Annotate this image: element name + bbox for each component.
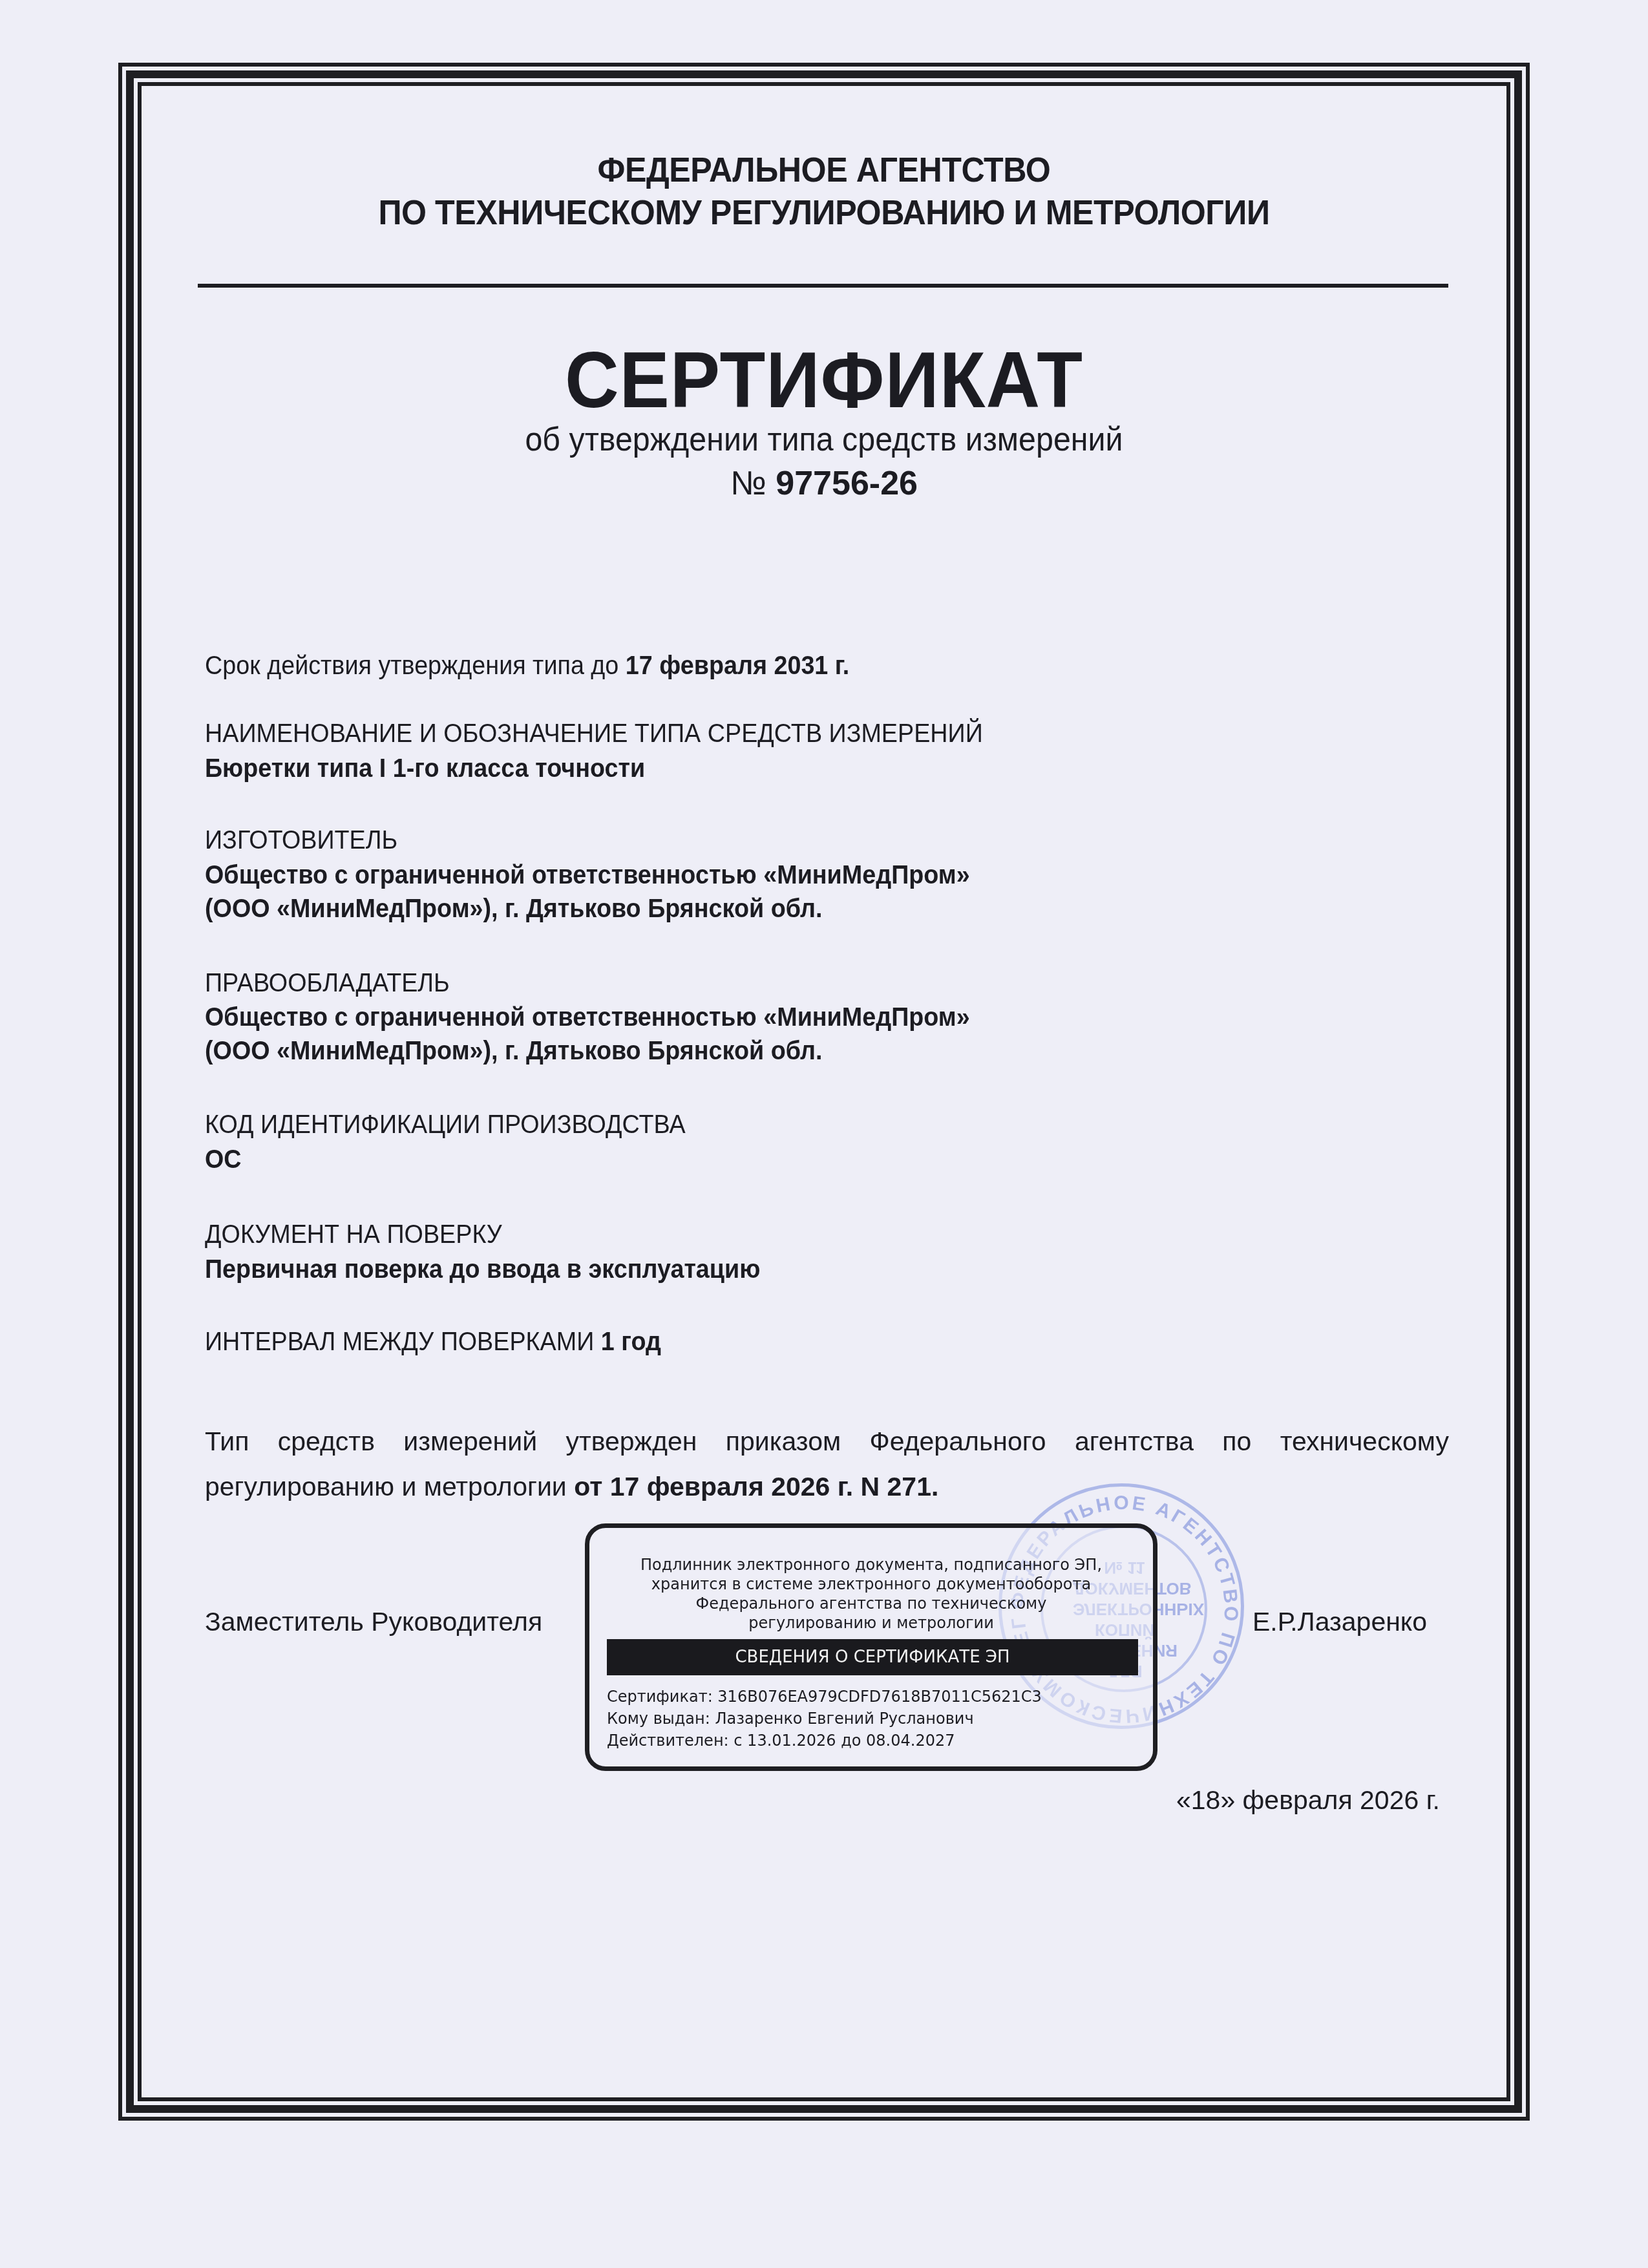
certificate-title: СЕРТИФИКАТ — [41, 335, 1607, 425]
approval-order: от 17 февраля 2026 г. N 271. — [574, 1472, 938, 1501]
manufacturer-line2: (ООО «МиниМедПром»), г. Дятьково Брянско… — [205, 893, 822, 924]
es-details: Сертификат: 316B076EA979CDFD7618B7011C56… — [607, 1686, 1042, 1752]
approval-line1: Тип средств измерений утвержден приказом… — [205, 1419, 1449, 1464]
signature-date: «18» февраля 2026 г. — [1176, 1785, 1440, 1816]
rights-holder-line2: (ООО «МиниМедПром»), г. Дятьково Брянско… — [205, 1035, 822, 1066]
es-validity: Действителен: с 13.01.2026 до 08.04.2027 — [607, 1730, 1042, 1752]
type-name-value: Бюретки типа I 1-го класса точности — [205, 753, 645, 783]
verification-doc-label: ДОКУМЕНТ НА ПОВЕРКУ — [205, 1219, 502, 1249]
validity-label: Срок действия утверждения типа до — [205, 650, 618, 680]
interval-line: ИНТЕРВАЛ МЕЖДУ ПОВЕРКАМИ 1 год — [205, 1326, 661, 1357]
manufacturer-label: ИЗГОТОВИТЕЛЬ — [205, 825, 397, 855]
es-notice: Подлинник электронного документа, подпис… — [589, 1555, 1153, 1633]
es-notice-line1: Подлинник электронного документа, подпис… — [589, 1555, 1153, 1574]
approval-paragraph: Тип средств измерений утвержден приказом… — [205, 1419, 1449, 1509]
es-notice-line2: хранится в системе электронного документ… — [589, 1574, 1153, 1594]
validity-date: 17 февраля 2031 г. — [626, 650, 849, 680]
production-code-value: ОС — [205, 1144, 242, 1174]
es-certificate-serial: Сертификат: 316B076EA979CDFD7618B7011C56… — [607, 1686, 1042, 1708]
es-certificate-info-bar: СВЕДЕНИЯ О СЕРТИФИКАТЕ ЭП — [607, 1639, 1138, 1675]
interval-value: 1 год — [601, 1326, 661, 1356]
es-notice-line3: Федерального агентства по техническому — [589, 1594, 1153, 1613]
signatory-role: Заместитель Руководителя — [205, 1607, 542, 1637]
production-code-label: КОД ИДЕНТИФИКАЦИИ ПРОИЗВОДСТВА — [205, 1109, 686, 1139]
number-sign: № — [730, 465, 766, 502]
signatory-name: Е.Р.Лазаренко — [1252, 1607, 1427, 1637]
es-issued-to: Кому выдан: Лазаренко Евгений Русланович — [607, 1708, 1042, 1730]
agency-name-line2: ПО ТЕХНИЧЕСКОМУ РЕГУЛИРОВАНИЮ И МЕТРОЛОГ… — [58, 193, 1590, 233]
electronic-signature-box: Подлинник электронного документа, подпис… — [585, 1523, 1157, 1771]
manufacturer-line1: Общество с ограниченной ответственностью… — [205, 860, 970, 890]
certificate-subtitle: об утверждении типа средств измерений — [58, 420, 1590, 459]
certificate-number: № 97756-26 — [0, 464, 1648, 503]
header-divider — [198, 284, 1448, 288]
approval-line2-regular: регулированию и метрологии — [205, 1472, 567, 1501]
agency-name-line1: ФЕДЕРАЛЬНОЕ АГЕНТСТВО — [58, 150, 1590, 190]
interval-label: ИНТЕРВАЛ МЕЖДУ ПОВЕРКАМИ — [205, 1326, 594, 1356]
rights-holder-line1: Общество с ограниченной ответственностью… — [205, 1002, 970, 1032]
verification-doc-value: Первичная поверка до ввода в эксплуатаци… — [205, 1254, 760, 1284]
certificate-number-value: 97756-26 — [776, 465, 918, 502]
es-notice-line4: регулированию и метрологии — [589, 1613, 1153, 1633]
validity-line: Срок действия утверждения типа до 17 фев… — [205, 650, 849, 681]
rights-holder-label: ПРАВООБЛАДАТЕЛЬ — [205, 968, 450, 998]
type-name-label: НАИМЕНОВАНИЕ И ОБОЗНАЧЕНИЕ ТИПА СРЕДСТВ … — [205, 718, 983, 748]
